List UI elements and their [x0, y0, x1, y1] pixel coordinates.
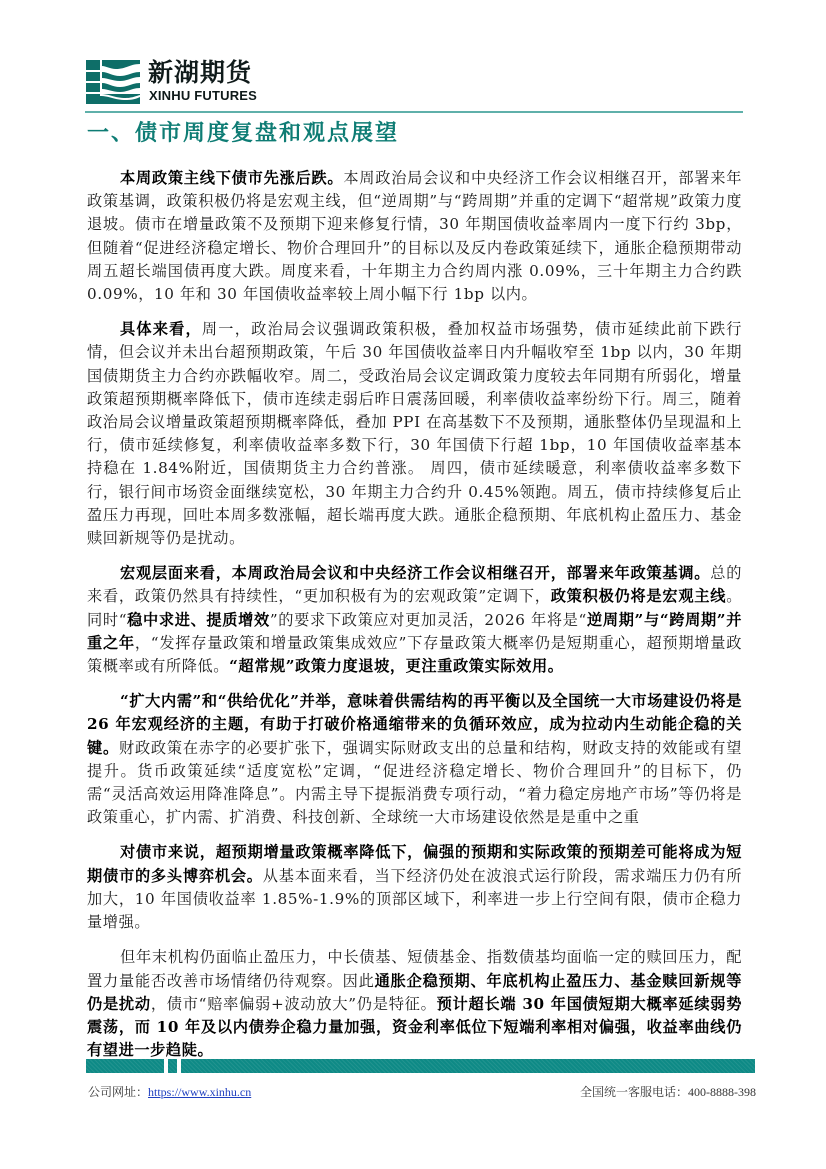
- page-header: 新湖期货 XINHU FUTURES: [85, 58, 745, 114]
- paragraph-macro-view: 宏观层面来看，本周政治局会议和中央经济工作会议相继召开，部署来年政策基调。总的来…: [87, 562, 742, 678]
- header-divider: [85, 111, 743, 113]
- footer-hotline: 全国统一客服电话：400-8888-398: [580, 1083, 756, 1101]
- emphasis-text: 稳中求进、提质增效: [127, 611, 270, 629]
- body-text: 财政政策在赤字的必要扩张下，强调实际财政支出的总量和结构，财政支持的效能或有望提…: [87, 739, 742, 827]
- body-text: ”的要求下政策应对更加灵活，2026 年将是“: [270, 611, 587, 629]
- logo-chinese-name: 新湖期货: [148, 59, 252, 87]
- xinhu-logo-icon: [86, 60, 140, 104]
- body-text: 本周政治局会议和中央经济工作会议相继召开，部署来年政策基调，政策积极仍将是宏观主…: [87, 169, 742, 303]
- footer-bar-segment: [168, 1059, 177, 1073]
- footer-website: 公司网址：https://www.xinhu.cn: [88, 1083, 251, 1101]
- emphasis-text: 政策积极仍将是宏观主线: [551, 587, 726, 605]
- body-text: ，债市“赔率偏弱+波动放大”仍是特征。: [151, 995, 437, 1013]
- body-text: 周一，政治局会议强调政策积极，叠加权益市场强势，债市延续此前下跌行情，但会议并未…: [87, 320, 742, 547]
- emphasis-text: 宏观层面来看，本周政治局会议和中央经济工作会议相继召开，部署来年政策基调。: [120, 564, 710, 582]
- footer-bar-segment: [86, 1059, 164, 1073]
- footer-bar-segment: [181, 1059, 755, 1073]
- paragraph-bond-outlook: 对债市来说，超预期增量政策概率降低下，偏强的预期和实际政策的预期差可能将成为短期…: [87, 841, 742, 934]
- logo-english-name: XINHU FUTURES: [149, 88, 257, 104]
- paragraph-weekly-review: 本周政策主线下债市先涨后跌。本周政治局会议和中央经济工作会议相继召开，部署来年政…: [87, 167, 742, 306]
- website-link[interactable]: https://www.xinhu.cn: [148, 1085, 251, 1099]
- document-body: 本周政策主线下债市先涨后跌。本周政治局会议和中央经济工作会议相继召开，部署来年政…: [87, 167, 742, 1074]
- emphasis-text: 具体来看，: [120, 320, 202, 338]
- emphasis-text: 本周政策主线下债市先涨后跌。: [120, 169, 343, 187]
- paragraph-year-end-risk: 但年末机构仍面临止盈压力，中长债基、短债基金、指数债基均面临一定的赎回压力，配置…: [87, 946, 742, 1062]
- paragraph-domestic-demand: “扩大内需”和“供给优化”并举，意味着供需结构的再平衡以及全国统一大市场建设仍将…: [87, 690, 742, 829]
- website-label: 公司网址：: [88, 1085, 148, 1099]
- section-title: 一、债市周度复盘和观点展望: [87, 119, 399, 149]
- emphasis-text: “超常规”政策力度退坡，更注重政策实际效用。: [229, 657, 563, 675]
- paragraph-daily-detail: 具体来看，周一，政治局会议强调政策积极，叠加权益市场强势，债市延续此前下跌行情，…: [87, 318, 742, 550]
